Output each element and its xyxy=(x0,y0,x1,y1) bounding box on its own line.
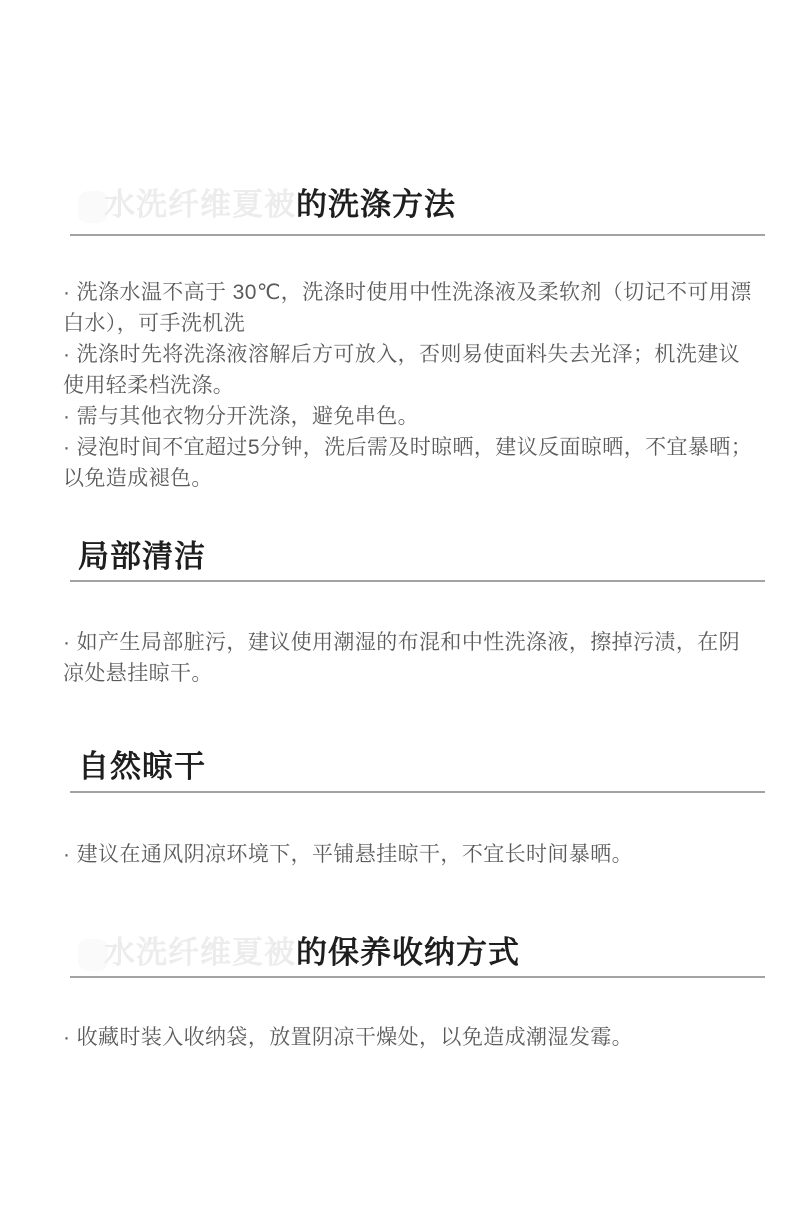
watermark-product-name: 水洗纤维夏被 xyxy=(104,935,296,970)
bullet-item: · 浸泡时间不宜超过5分钟，洗后需及时晾晒，建议反面晾晒，不宜暴晒；以免造成褪色… xyxy=(63,432,755,494)
bullet-item: · 洗涤水温不高于 30℃，洗涤时使用中性洗涤液及柔软剂（切记不可用漂白水），可… xyxy=(63,277,755,339)
watermark-product-name: 水洗纤维夏被 xyxy=(104,187,296,222)
storage-paragraphs: · 收藏时装入收纳袋，放置阴凉干燥处，以免造成潮湿发霉。 xyxy=(63,1022,755,1053)
section-heading-spot-cleaning: 局部清洁 xyxy=(0,539,790,575)
bullet-item: · 收藏时装入收纳袋，放置阴凉干燥处，以免造成潮湿发霉。 xyxy=(63,1022,755,1053)
section-divider xyxy=(70,791,765,793)
section-divider xyxy=(70,234,765,236)
heading-text: 的洗涤方法 xyxy=(296,187,456,222)
care-instructions-page: 水洗纤维夏被的洗涤方法 · 洗涤水温不高于 30℃，洗涤时使用中性洗涤液及柔软剂… xyxy=(0,0,790,1211)
bullet-item: · 如产生局部脏污，建议使用潮湿的布混和中性洗涤液，擦掉污渍，在阴凉处悬挂晾干。 xyxy=(63,627,755,689)
bullet-item: · 需与其他衣物分开洗涤，避免串色。 xyxy=(63,401,755,432)
bullet-item: · 建议在通风阴凉环境下，平铺悬挂晾干，不宜长时间暴晒。 xyxy=(63,839,755,870)
washing-method-paragraphs: · 洗涤水温不高于 30℃，洗涤时使用中性洗涤液及柔软剂（切记不可用漂白水），可… xyxy=(63,277,755,494)
heading-text: 自然晾干 xyxy=(78,749,206,784)
spot-cleaning-paragraphs: · 如产生局部脏污，建议使用潮湿的布混和中性洗涤液，擦掉污渍，在阴凉处悬挂晾干。 xyxy=(63,627,755,689)
heading-text: 局部清洁 xyxy=(78,539,206,574)
section-divider xyxy=(70,580,765,582)
section-heading-washing-method: 水洗纤维夏被的洗涤方法 xyxy=(0,187,790,223)
bullet-item: · 洗涤时先将洗涤液溶解后方可放入，否则易使面料失去光泽；机洗建议使用轻柔档洗涤… xyxy=(63,339,755,401)
section-heading-natural-drying: 自然晾干 xyxy=(0,749,790,785)
natural-drying-paragraphs: · 建议在通风阴凉环境下，平铺悬挂晾干，不宜长时间暴晒。 xyxy=(63,839,755,870)
section-heading-storage: 水洗纤维夏被的保养收纳方式 xyxy=(0,935,790,971)
heading-text: 的保养收纳方式 xyxy=(296,935,520,970)
section-divider xyxy=(70,976,765,978)
